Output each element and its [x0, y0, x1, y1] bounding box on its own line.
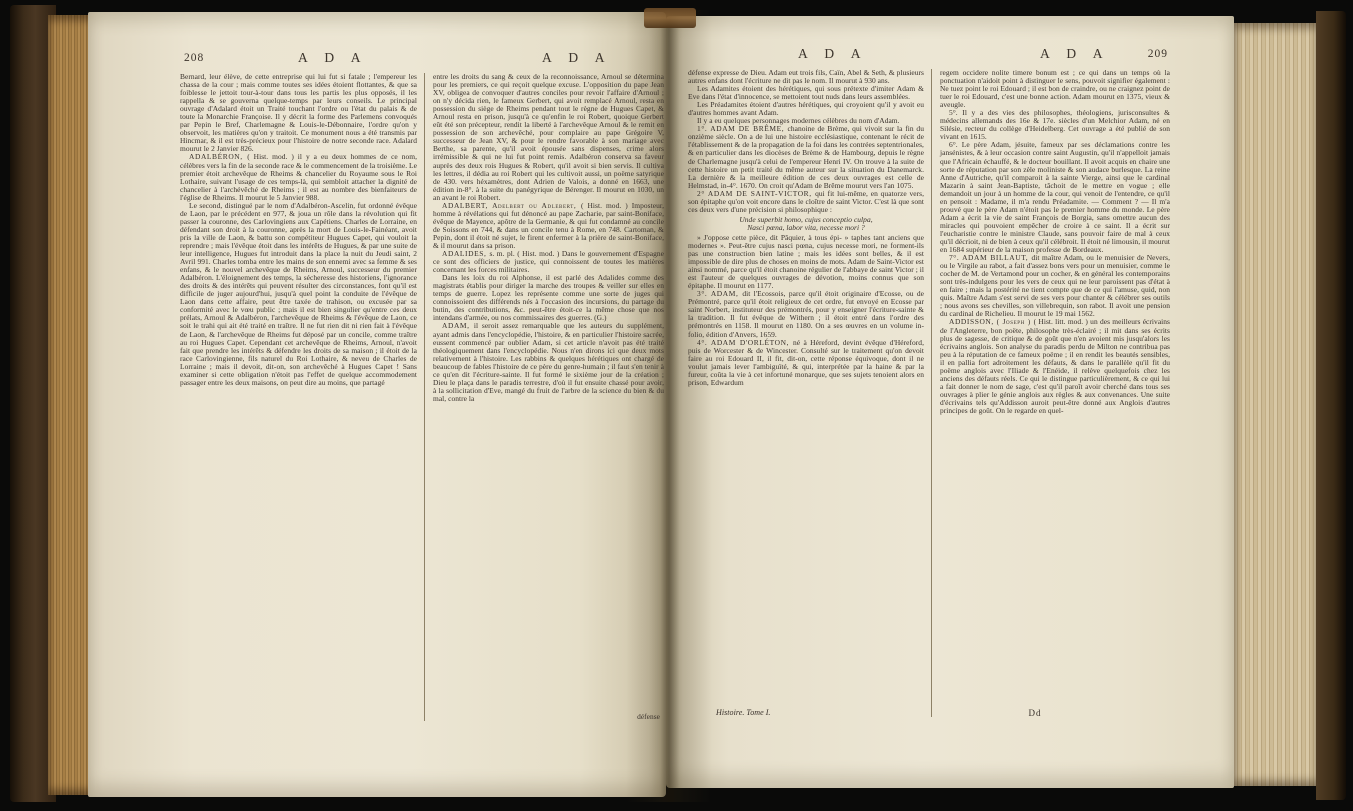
paragraph: » J'oppose cette pièce, dit Pâquier, à t… — [688, 234, 924, 290]
right-running-head-row: A D A A D A 209 — [688, 44, 1170, 68]
paragraph: Le second, distingué par le nom d'Adalbé… — [180, 202, 417, 387]
entry-paragraph: ADAM, il seroit assez remarquable que le… — [433, 322, 664, 402]
entry-headword: ADALBERT, Adelbert ou Adlebert, — [442, 201, 581, 210]
entry-headword: 7°. ADAM BILLAUT, — [949, 253, 1031, 262]
text-column: entre les droits du sang & ceux de la re… — [424, 73, 664, 721]
paragraph: regem occidere nolite timere bonum est ;… — [940, 69, 1170, 109]
paragraph: Bernard, leur élève, de cette entreprise… — [180, 73, 417, 153]
entry-headword: 1°. ADAM DE BRÊME, — [697, 124, 788, 133]
entry-paragraph: 2° ADAM DE SAINT-VICTOR, qui fit lui-mêm… — [688, 190, 924, 214]
running-head: A D A — [298, 50, 368, 66]
running-head: A D A — [1040, 46, 1110, 62]
entry-paragraph: 4°. ADAM D'ORLÉTON, né à Héreford, devin… — [688, 339, 924, 387]
page-number: 208 — [184, 52, 204, 64]
entry-paragraph: ADDISSON, ( Joseph ) ( Hist. litt. mod. … — [940, 318, 1170, 415]
running-head: A D A — [542, 50, 612, 66]
paragraph: 5°. Il y a des vies des philosophes, thé… — [940, 109, 1170, 141]
entry-headword: 4°. ADAM D'ORLÉTON, — [697, 338, 793, 347]
column-footer: Dd — [940, 709, 1170, 717]
latin-verse: Unde superbit homo, cujus conceptio culp… — [688, 216, 924, 232]
paragraph: entre les droits du sang & ceux de la re… — [433, 73, 664, 202]
entry-paragraph: ADALIDES, s. m. pl. ( Hist. mod. ) Dans … — [433, 250, 664, 274]
paragraph: Les Adamites étoient des hérétiques, qui… — [688, 85, 924, 101]
left-page-text: 208 A D A A D A Bernard, leur élève, de … — [180, 48, 664, 748]
volume-footer: Histoire. Tome I. — [688, 709, 924, 717]
column-footer: Histoire. Tome I. — [688, 709, 924, 717]
column-footer: défense — [433, 713, 664, 721]
entry-headword: 2° ADAM DE SAINT-VICTOR, — [697, 189, 815, 198]
paragraph: Les Préadamites étoient d'autres hérétiq… — [688, 101, 924, 117]
entry-paragraph: ADALBERT, Adelbert ou Adlebert, ( Hist. … — [433, 202, 664, 250]
right-fore-edge-pages — [1234, 23, 1318, 786]
binding-headband — [644, 8, 696, 28]
entry-paragraph: 7°. ADAM BILLAUT, dit maître Adam, ou le… — [940, 254, 1170, 318]
paragraph: Dans les loix du roi Alphonse, il est pa… — [433, 274, 664, 322]
right-cover-board — [1316, 11, 1346, 800]
entry-headword: ADAM, — [442, 321, 474, 330]
left-running-head-row: 208 A D A A D A — [180, 48, 664, 72]
text-column: défense expresse de Dieu. Adam eut trois… — [688, 69, 924, 717]
catchword: défense — [433, 713, 664, 721]
paragraph: défense expresse de Dieu. Adam eut trois… — [688, 69, 924, 85]
entry-paragraph: 3°. ADAM, dit l'Ecossois, parce qu'il ét… — [688, 290, 924, 338]
right-page-text: A D A A D A 209 défense expresse de Dieu… — [688, 44, 1170, 748]
page-number: 209 — [1148, 48, 1168, 60]
entry-headword: 3°. ADAM, — [697, 289, 742, 298]
text-column: Bernard, leur élève, de cette entreprise… — [180, 73, 417, 721]
running-head: A D A — [798, 46, 868, 62]
entry-paragraph: 1°. ADAM DE BRÊME, chanoine de Brème, qu… — [688, 125, 924, 189]
entry-headword: ADALIDES, — [442, 249, 489, 258]
entry-headword: ADDISSON, ( Joseph ) — [949, 317, 1034, 326]
photo-background: { "colors":{ "background":"#0a0a09","pap… — [0, 0, 1353, 811]
paragraph: 6°. Le père Adam, jésuite, fameux par se… — [940, 141, 1170, 254]
text-column: regem occidere nolite timere bonum est ;… — [931, 69, 1170, 717]
signature-mark: Dd — [940, 709, 1170, 717]
entry-paragraph: ADALBÉRON, ( Hist. mod. ) il y a eu deux… — [180, 153, 417, 201]
entry-headword: ADALBÉRON, — [189, 152, 247, 161]
